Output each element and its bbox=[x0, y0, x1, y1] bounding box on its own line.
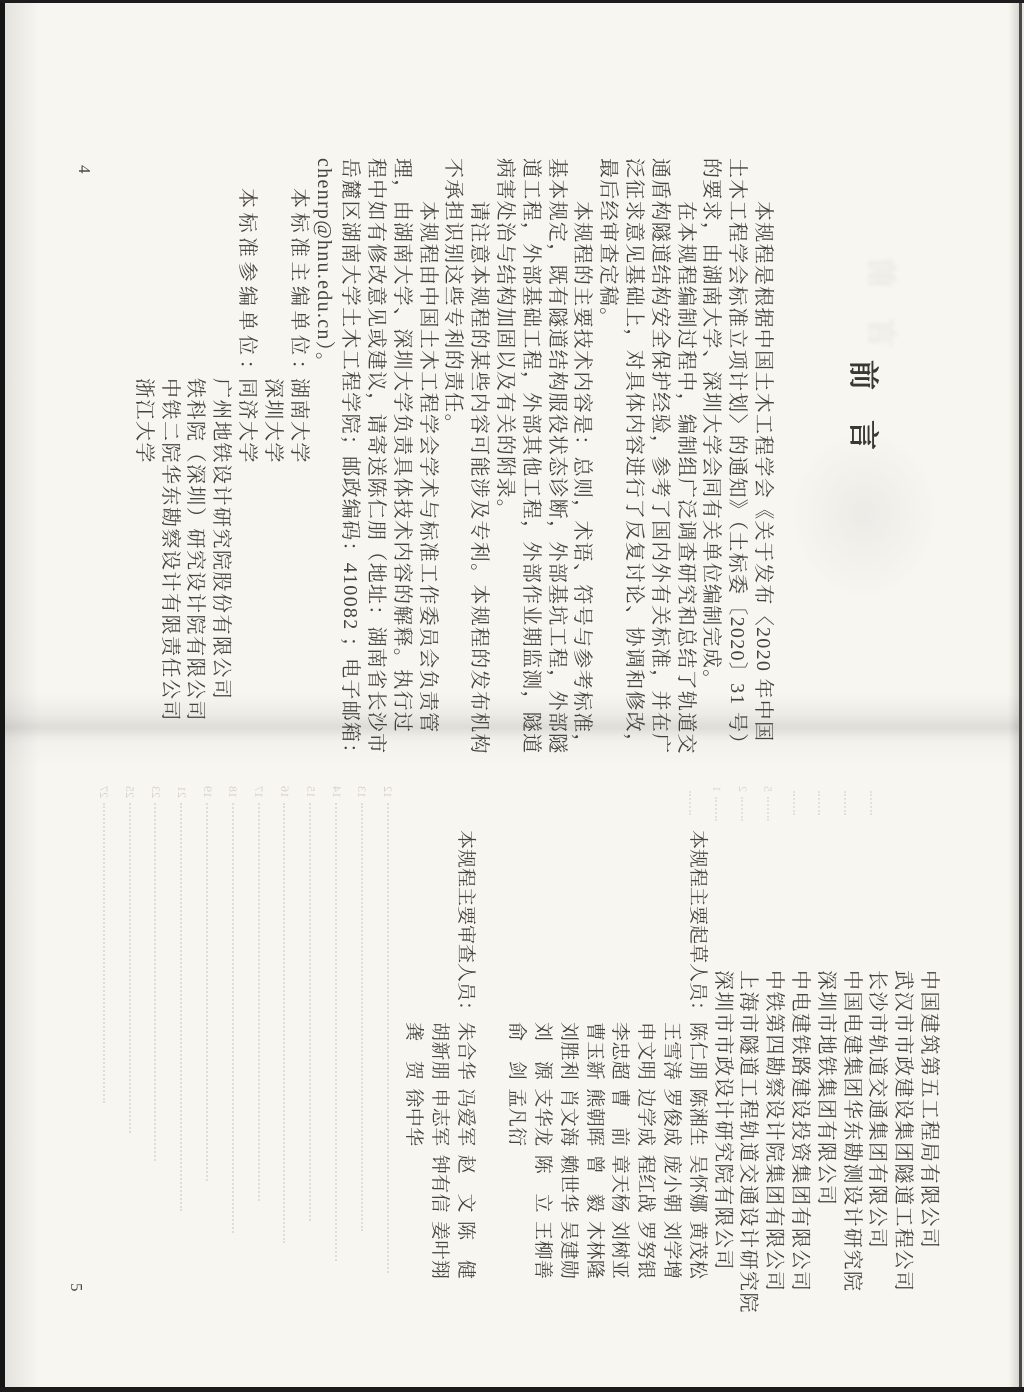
showthrough-digit: 27 bbox=[96, 786, 111, 798]
scan-edge bbox=[0, 0, 5, 1392]
unit-label: 本标准主编单位： bbox=[289, 188, 309, 384]
unit-name: 同济大学 bbox=[237, 378, 257, 464]
showthrough-line: 13 bbox=[353, 786, 371, 1231]
org-list-item: 中国建筑第五工程局有限公司 bbox=[919, 970, 939, 1250]
showthrough-digit: 19 bbox=[200, 786, 215, 798]
reviewer-names-row: 朱合华 冯爱军 赵 文 陈 健 bbox=[456, 1022, 475, 1279]
foreword-paragraph-line: 程中如有修改意见或建议，请寄送陈仁朋（地址：湖南省长沙市 bbox=[366, 158, 386, 754]
foreword-paragraph-line: 不承担识别这些专利的责任。 bbox=[443, 158, 463, 435]
drafters-label: 本规程主要起草人员： bbox=[688, 830, 707, 1020]
showthrough-dots bbox=[844, 791, 846, 815]
drafter-names-row: 申文明 边学成 程红战 罗努银 bbox=[636, 1022, 655, 1279]
showthrough-line: 14 bbox=[327, 786, 345, 1261]
showthrough-digit: 18 bbox=[225, 786, 240, 798]
showthrough-line: 1 bbox=[708, 786, 726, 821]
showthrough-dots bbox=[818, 791, 820, 815]
drafter-names-row: 刘胜利 肖文海 赖世华 吴建勋 bbox=[559, 1022, 578, 1279]
foreword-paragraph-line: 土木工程学会标准立项计划〉的通知》（土标委〔2020〕31 号） bbox=[727, 158, 747, 755]
showthrough-digit: 5 bbox=[760, 786, 775, 792]
drafter-names-row: 李忠超 曹 前 章天杨 刘树亚 bbox=[610, 1022, 629, 1279]
showthrough-line: 17 bbox=[250, 786, 268, 1201]
showthrough-dots bbox=[258, 803, 260, 1201]
showthrough-dots bbox=[206, 803, 208, 1181]
unit-name: 湖南大学 bbox=[289, 378, 309, 464]
showthrough-line: 16 bbox=[276, 786, 294, 1243]
foreword-paragraph-line: 岳麓区湖南大学土木工程学院；邮政编码：410082 ；电子邮箱： bbox=[340, 158, 360, 765]
drafter-names-row: 王雪涛 罗俊成 庞小朝 刘学增 bbox=[662, 1022, 681, 1279]
showthrough-dots bbox=[870, 791, 872, 815]
showthrough-digit: 15 bbox=[303, 786, 318, 798]
showthrough-line: 2 bbox=[733, 786, 751, 821]
foreword-title: 前 言 bbox=[844, 315, 888, 495]
showthrough-digit: 16 bbox=[277, 786, 292, 798]
scan-edge bbox=[1008, 0, 1019, 1392]
showthrough-line: 18 bbox=[224, 786, 242, 1233]
showthrough-digit: 2 bbox=[735, 786, 750, 792]
showthrough-line: 25 bbox=[121, 786, 139, 1133]
unit-name: 深圳大学 bbox=[263, 378, 283, 464]
showthrough-dots bbox=[741, 797, 743, 821]
showthrough-digit: 1 bbox=[709, 786, 724, 792]
org-list-item: 中国电建集团华东勘测设计研究院 bbox=[842, 970, 862, 1293]
showthrough-digit: 13 bbox=[354, 786, 369, 798]
org-list-item: 中铁第四勘察设计院集团有限公司 bbox=[764, 970, 784, 1293]
scan-edge bbox=[0, 0, 1024, 3]
foreword-paragraph-line: 病害处治与结构加固以及有关的附录。 bbox=[495, 158, 515, 520]
showthrough-digit: 12 bbox=[380, 786, 395, 798]
reviewer-names-row: 胡新朋 申志军 钟有信 姜叶翔 bbox=[430, 1022, 449, 1279]
drafter-names-row: 曹玉新 熊朝晖 曾 毅 木林隆 bbox=[585, 1022, 604, 1279]
showthrough-digit: 23 bbox=[148, 786, 163, 798]
showthrough-dots bbox=[232, 803, 234, 1233]
showthrough-dots bbox=[387, 803, 389, 1273]
foreword-paragraph-line: 基本规定，既有隧道结构服役状态诊断，外部基坑工程，外部隧 bbox=[547, 158, 567, 754]
unit-name: 中铁二院华东勘察设计有限责任公司 bbox=[160, 378, 180, 722]
showthrough-digit: 21 bbox=[174, 786, 189, 798]
showthrough-dots bbox=[309, 803, 311, 1221]
org-list-item: 上海市隧道工程轨道交通设计研究院 bbox=[738, 970, 758, 1314]
foreword-paragraph-line: 最后经审查定稿。 bbox=[598, 158, 618, 328]
showthrough-line: 19 bbox=[198, 786, 216, 1181]
foreword-paragraph-line: 本规程是根据中国土木工程学会《关于发布〈2020 年中国 bbox=[753, 201, 773, 742]
foreword-paragraph-line: 道工程，外部基础工程，外部其他工程，外部作业期监测，隧道 bbox=[521, 158, 541, 754]
showthrough-line: 12 bbox=[379, 786, 397, 1273]
page-number-right: 5 bbox=[66, 1283, 86, 1292]
org-list-item: 中电建铁路建设投资集团有限公司 bbox=[790, 970, 810, 1293]
foreword-paragraph-line: chenrp@hnu.edu.cn）。 bbox=[314, 158, 334, 373]
showthrough-dots bbox=[129, 803, 131, 1133]
showthrough-dots bbox=[715, 797, 717, 821]
drafter-names-row: 俞 剑 孟凡衍 bbox=[507, 1022, 526, 1147]
reviewer-names-row: 龚 贺 徐中华 bbox=[404, 1022, 423, 1147]
unit-name: 铁科院（深圳）研究设计院有限公司 bbox=[185, 378, 205, 722]
org-list-item: 武汉市市政建设集团隧道工程公司 bbox=[893, 970, 913, 1293]
foreword-paragraph-line: 请注意本规程的某些内容可能涉及专利。本规程的发布机构 bbox=[469, 201, 489, 755]
showthrough-digit: 14 bbox=[329, 786, 344, 798]
showthrough-dots bbox=[103, 803, 105, 1103]
showthrough-dots bbox=[335, 803, 337, 1261]
showthrough-dots bbox=[767, 797, 769, 821]
scan-edge bbox=[0, 1387, 1024, 1392]
showthrough-digit: 25 bbox=[122, 786, 137, 798]
foreword-paragraph-line: 本规程的主要技术内容是：总则，术语、符号与参考标准， bbox=[572, 201, 592, 755]
foreword-paragraph-line: 的要求，由湖南大学、深圳大学会同有关单位编制完成。 bbox=[701, 158, 721, 691]
org-list-item: 深圳市地铁集团有限公司 bbox=[816, 970, 836, 1207]
book-spread: 言 前 前 言 本规程是根据中国土木工程学会《关于发布〈2020 年中国土木工程… bbox=[0, 0, 1024, 1392]
showthrough-dots bbox=[283, 803, 285, 1243]
showthrough-line bbox=[837, 786, 855, 815]
showthrough-line: 5 bbox=[759, 786, 777, 821]
foreword-paragraph-line: 在本规程编制过程中，编制组广泛调查研究和总结了轨道交 bbox=[676, 201, 696, 755]
showthrough-digit: 17 bbox=[251, 786, 266, 798]
foreword-paragraph-line: 泛征求意见基础上，对具体内容进行了反复讨论、协调和修改， bbox=[624, 158, 644, 754]
org-list-item: 深圳市市政设计研究院有限公司 bbox=[713, 970, 733, 1271]
reviewers-label: 本规程主要审查人员： bbox=[456, 830, 475, 1020]
showthrough-line: 15 bbox=[302, 786, 320, 1221]
showthrough-dots bbox=[180, 803, 182, 1211]
page-fold-shadow bbox=[0, 714, 1024, 744]
drafter-names-row: 刘 源 支华龙 陈 立 王柳善 bbox=[533, 1022, 552, 1279]
showthrough-dots bbox=[793, 791, 795, 815]
showthrough-line bbox=[785, 786, 803, 815]
drafter-names-row: 陈仁朋 陈湘生 吴怀娜 黄茂松 bbox=[688, 1022, 707, 1279]
org-list-item: 长沙市轨道交通集团有限公司 bbox=[867, 970, 887, 1250]
showthrough-dots bbox=[361, 803, 363, 1231]
showthrough-line: 27 bbox=[95, 786, 113, 1103]
showthrough-line bbox=[682, 786, 700, 815]
foreword-paragraph-line: 理，由湖南大学、深圳大学负责具体技术内容的解释。执行过 bbox=[392, 158, 412, 733]
foreword-paragraph-line: 本规程由中国土木工程学会学术与标准工作委员会负责管 bbox=[418, 201, 438, 734]
page-number-left: 4 bbox=[74, 165, 94, 174]
unit-name: 广州地铁设计研究院股份有限公司 bbox=[211, 378, 231, 701]
showthrough-line: 21 bbox=[173, 786, 191, 1211]
scanned-document: 言 前 前 言 本规程是根据中国土木工程学会《关于发布〈2020 年中国土木工程… bbox=[0, 0, 1024, 1392]
showthrough-dots bbox=[154, 803, 156, 1161]
unit-name: 浙江大学 bbox=[134, 378, 154, 464]
showthrough-dots bbox=[689, 791, 691, 815]
foreword-paragraph-line: 通盾构隧道结构安全保护经验，参考了国内外有关标准，并在广 bbox=[650, 158, 670, 754]
showthrough-line bbox=[811, 786, 829, 815]
unit-label: 本标准参编单位： bbox=[237, 188, 257, 384]
showthrough-line bbox=[862, 786, 880, 815]
showthrough-line: 23 bbox=[147, 786, 165, 1161]
